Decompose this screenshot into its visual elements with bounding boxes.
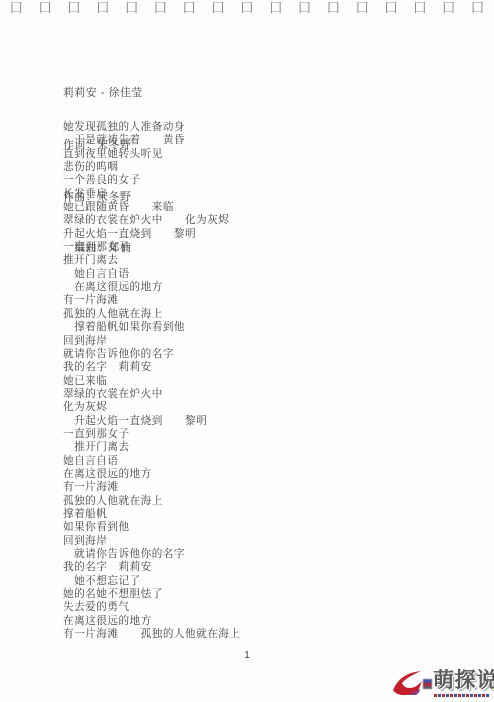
watermark-swoosh-logo-icon (392, 669, 424, 697)
lyrics-block: 她发现孤独的人准备动身 于是就祷告着 黄昏直到夜里她转头听见悲伤的呜咽一个善良的… (63, 121, 241, 641)
page-number: 1 (0, 650, 494, 661)
list-item: 囗 (327, 2, 340, 14)
lyric-line: 她自言自语 (63, 455, 241, 468)
lyric-line: 直到夜里她转头听见 (63, 148, 241, 161)
lyric-line: 悲伤的呜咽 (63, 161, 241, 174)
watermark-tiny-tagline (434, 694, 490, 697)
watermark-small-glyph (423, 679, 432, 689)
lyric-line: 她自言自语 (63, 268, 241, 281)
lyric-line: 有一片海滩 (63, 481, 241, 494)
list-item: 囗 (269, 2, 282, 14)
list-item: 囗 (183, 2, 196, 14)
lyric-line: 一个善良的女子 (63, 174, 241, 187)
song-title: 莉莉安 - 徐佳莹 (63, 85, 143, 102)
lyric-line: 翠绿的衣裳在炉火中 化为灰烬 (63, 214, 241, 227)
list-item: 囗 (356, 2, 369, 14)
lyric-line: 有一片海滩 (63, 294, 241, 307)
lyric-line: 我的名字 莉莉安 (63, 361, 241, 374)
lyric-line: 如果你看到他 (63, 521, 241, 534)
lyric-line: 在离这很远的地方 (63, 615, 241, 628)
lyric-line: 一直到那女子 (63, 241, 241, 254)
lyric-line: 在离这很远的地方 (63, 281, 241, 294)
lyric-line: 一直到那女子 (63, 428, 241, 441)
lyric-line: 孤独的人他就在海上 (63, 308, 241, 321)
list-item: 囗 (10, 2, 23, 14)
scanned-lyrics-page: 囗囗囗囗囗囗囗囗囗囗囗囗囗囗囗囗囗 莉莉安 - 徐佳莹 作词：宋冬野 作曲：宋冬… (0, 0, 494, 702)
lyric-line: 于是就祷告着 黄昏 (63, 134, 241, 147)
lyric-line: 撑着船帆 (63, 508, 241, 521)
list-item: 囗 (212, 2, 225, 14)
lyric-line: 就请你告诉他你的名字 (63, 548, 241, 561)
lyric-line: 她已跟随黄昏 来临 (63, 201, 241, 214)
lyric-line: 她的名她不想胆怯了 (63, 588, 241, 601)
lyric-line: 回到海岸 (63, 335, 241, 348)
garbled-title-row: 囗囗囗囗囗囗囗囗囗囗囗囗囗囗囗囗囗 (0, 2, 494, 14)
watermark: 萌探说 (392, 663, 492, 699)
list-item: 囗 (414, 2, 427, 14)
list-item: 囗 (39, 2, 52, 14)
lyric-line: 回到海岸 (63, 535, 241, 548)
lyric-line: 推开门离去 (63, 441, 241, 454)
list-item: 囗 (241, 2, 254, 14)
lyric-line: 我的名字 莉莉安 (63, 561, 241, 574)
watermark-brand-text: 萌探说 (433, 670, 494, 692)
lyric-line: 在离这很远的地方 (63, 468, 241, 481)
lyric-line: 失去爱的勇气 (63, 601, 241, 614)
list-item: 囗 (125, 2, 138, 14)
lyric-line: 孤独的人他就在海上 (63, 495, 241, 508)
list-item: 囗 (96, 2, 109, 14)
lyric-line: 升起火焰一直烧到 黎明 (63, 228, 241, 241)
lyric-line: 她不想忘记了 (63, 575, 241, 588)
lyric-line: 升起火焰一直烧到 黎明 (63, 415, 241, 428)
list-item: 囗 (471, 2, 484, 14)
lyric-line: 化为灰烬 (63, 401, 241, 414)
lyric-line: 翠绿的衣裳在炉火中 (63, 388, 241, 401)
lyric-line: 就请你告诉他你的名字 (63, 348, 241, 361)
list-item: 囗 (442, 2, 455, 14)
list-item: 囗 (385, 2, 398, 14)
lyric-line: 长发垂肩 (63, 188, 241, 201)
lyric-line: 撑着船帆如果你看到他 (63, 321, 241, 334)
lyric-line: 她发现孤独的人准备动身 (63, 121, 241, 134)
list-item: 囗 (154, 2, 167, 14)
lyric-line: 推开门离去 (63, 254, 241, 267)
list-item: 囗 (68, 2, 81, 14)
list-item: 囗 (298, 2, 311, 14)
lyric-line: 有一片海滩 孤独的人他就在海上 (63, 628, 241, 641)
lyric-line: 她已来临 (63, 375, 241, 388)
